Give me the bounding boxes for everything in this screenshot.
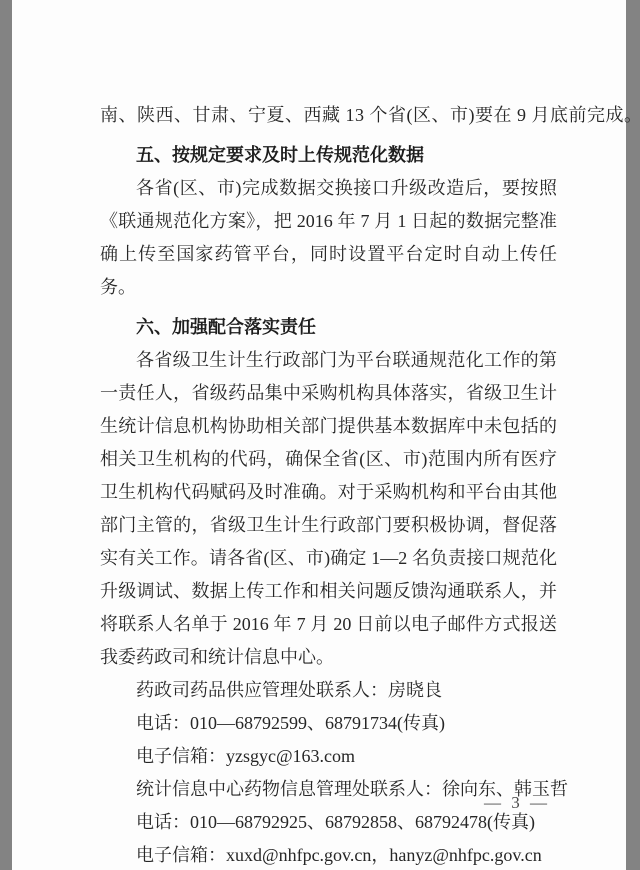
section-6-heading: 六、加强配合落实责任 (100, 311, 557, 344)
contact-line-yzs-person: 药政司药品供应管理处联系人：房晓良 (100, 674, 557, 707)
scan-edge-right (626, 0, 640, 870)
contact-line-yzs-phone: 电话：010—68792599、68791734(传真) (100, 707, 557, 740)
section-5-paragraph: 各省(区、市)完成数据交换接口升级改造后，要按照《联通规范化方案》，把 2016… (100, 172, 557, 304)
contact-line-tjxx-email: 电子信箱：xuxd@nhfpc.gov.cn，hanyz@nhfpc.gov.c… (100, 839, 557, 870)
contact-line-yzs-email: 电子信箱：yzsgyc@163.com (100, 740, 557, 773)
document-body: 南、陕西、甘肃、宁夏、西藏 13 个省(区、市)要在 9 月底前完成。 五、按规… (100, 99, 557, 870)
document-page: 南、陕西、甘肃、宁夏、西藏 13 个省(区、市)要在 9 月底前完成。 五、按规… (12, 0, 626, 870)
paragraph-continuation-line: 南、陕西、甘肃、宁夏、西藏 13 个省(区、市)要在 9 月底前完成。 (100, 99, 557, 132)
section-6-paragraph: 各省级卫生计生行政部门为平台联通规范化工作的第一责任人，省级药品集中采购机构具体… (100, 344, 557, 674)
page-number: — 3 — (484, 793, 550, 813)
scan-edge-left (0, 0, 12, 870)
section-5-heading: 五、按规定要求及时上传规范化数据 (100, 139, 557, 172)
